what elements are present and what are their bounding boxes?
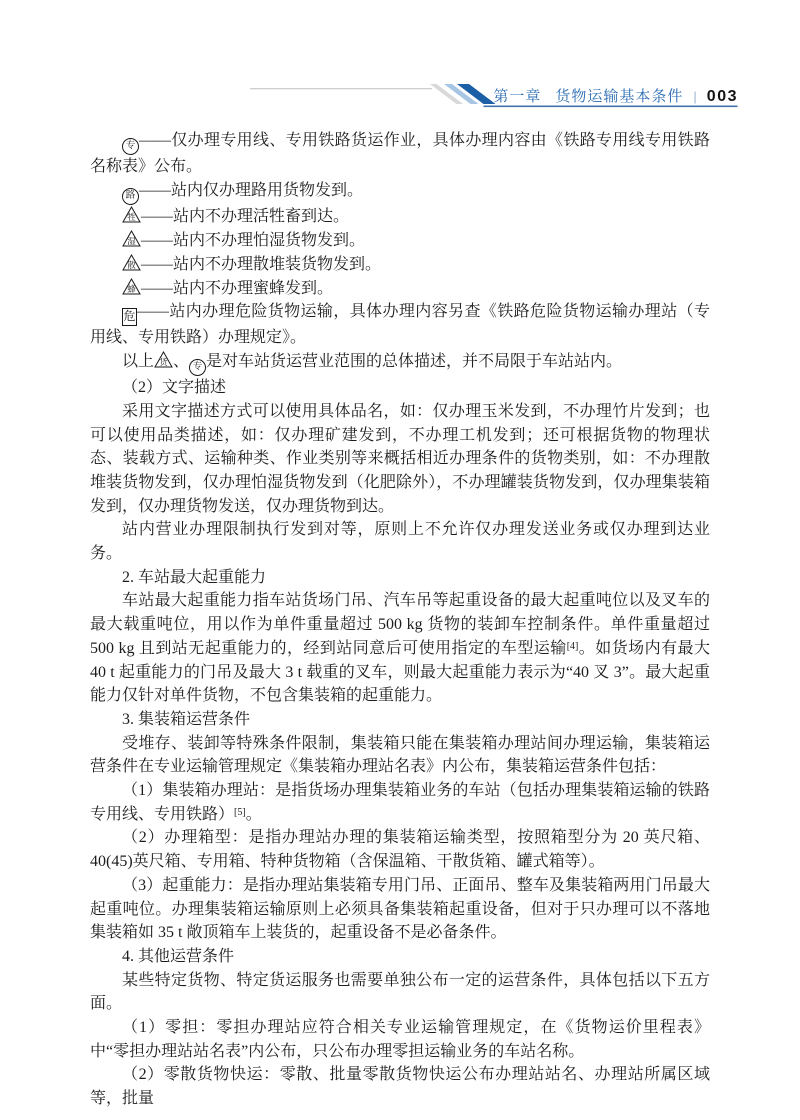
paragraph: 某些特定货物、特定货运服务也需要单独公布一定的运营条件，具体包括以下五方面。: [90, 969, 710, 1016]
page-header: 第一章 货物运输基本条件 | 003: [493, 85, 738, 103]
special-line-icon: 专: [189, 359, 206, 376]
header-separator: |: [693, 89, 696, 104]
dangerous-goods-icon: 危: [122, 308, 137, 326]
icon-char: 危: [123, 305, 135, 329]
legend-item: 专——仅办理专用线、专用铁路货运作业，具体办理内容由《铁路专用线专用铁路名称表》…: [90, 129, 710, 179]
paragraph: （2）零散货物快运：零散、批量零散货物快运公布办理站站名、办理站所属区域等，批量: [90, 1063, 710, 1110]
footnote-ref: [4]: [567, 641, 579, 652]
section-heading: 2. 车站最大起重能力: [90, 566, 710, 590]
legend-text: ——站内不办理散堆装货物发到。: [141, 256, 381, 273]
icon-char: 蜂: [127, 284, 136, 294]
paragraph: 受堆存、装卸等特殊条件限制，集装箱只能在集装箱办理站间办理运输，集装箱运营条件在…: [90, 732, 710, 779]
footnote-ref: [5]: [234, 807, 246, 818]
legend-text: ——仅办理专用线、专用铁路货运作业，具体办理内容由《铁路专用线专用铁路名称表》公…: [90, 132, 710, 175]
legend-text: ——站内不办理怕湿货物发到。: [141, 232, 365, 249]
icon-char: 散: [127, 260, 136, 270]
subsection-heading: （2）文字描述: [90, 376, 710, 400]
special-line-icon: 专: [122, 138, 139, 155]
page-number: 003: [707, 88, 738, 106]
livestock-icon: 牲: [122, 206, 141, 223]
icon-char: 湿: [127, 236, 136, 246]
icon-char: 专: [126, 135, 136, 159]
moisture-sensitive-icon: 湿: [122, 230, 141, 247]
legend-text: ——站内不办理蜜蜂发到。: [141, 280, 333, 297]
paragraph-text: 。: [246, 806, 262, 823]
legend-text: ——站内不办理活牲畜到达。: [141, 208, 349, 225]
legend-item: 牲——站内不办理活牲畜到达。: [90, 205, 710, 229]
legend-item: 蜂——站内不办理蜜蜂发到。: [90, 277, 710, 301]
legend-text: ——站内仅办理路用货物发到。: [139, 182, 363, 199]
paragraph: （1）集装箱办理站：是指货场办理集装箱业务的车站（包括办理集装箱运输的铁路专用线…: [90, 779, 710, 826]
legend-text: ——站内办理危险货物运输，具体办理内容另查《铁路危险货物运输办理站（专用线、专用…: [90, 303, 710, 346]
paragraph: （1）零担：零担办理站应符合相关专业运输管理规定，在《货物运价里程表》中“零担办…: [90, 1016, 710, 1063]
legend-item: 湿——站内不办理怕湿货物发到。: [90, 229, 710, 253]
paragraph: 采用文字描述方式可以使用具体品名，如：仅办理玉米发到，不办理竹片发到；也可以使用…: [90, 400, 710, 519]
bulk-cargo-icon: 散: [122, 254, 141, 271]
summary-text: 是对车站货运营业范围的总体描述，并不局限于车站站内。: [206, 353, 622, 370]
legend-item: 路——站内仅办理路用货物发到。: [90, 179, 710, 205]
legend-item: 散——站内不办理散堆装货物发到。: [90, 253, 710, 277]
paragraph: （2）办理箱型：是指办理站办理的集装箱运输类型，按照箱型分为 20 英尺箱、40…: [90, 826, 710, 873]
icon-char: 牲: [127, 212, 136, 222]
railway-use-icon: 路: [122, 188, 139, 205]
paragraph-text: （1）集装箱办理站：是指货场办理集装箱业务的车站（包括办理集装箱运输的铁路专用线…: [90, 782, 710, 823]
summary-separator: 、: [173, 353, 189, 370]
legend-item: 危——站内办理危险货物运输，具体办理内容另查《铁路危险货物运输办理站（专用线、专…: [90, 300, 710, 350]
chapter-label: 第一章: [493, 85, 541, 106]
header-gray-rule: [250, 88, 432, 89]
bee-icon: 蜂: [122, 278, 141, 295]
summary-prefix: 以上: [122, 353, 154, 370]
paragraph: （3）起重能力：是指办理站集装箱专用门吊、正面吊、整车及集装箱两用门吊最大起重吨…: [90, 874, 710, 945]
freight-icon: 货: [154, 351, 173, 368]
section-heading: 4. 其他运营条件: [90, 945, 710, 969]
page-body: 专——仅办理专用线、专用铁路货运作业，具体办理内容由《铁路专用线专用铁路名称表》…: [90, 129, 710, 1111]
paragraph: 站内营业办理限制执行发到对等，原则上不允许仅办理发送业务或仅办理到达业务。: [90, 518, 710, 565]
chapter-title: 货物运输基本条件: [555, 85, 683, 106]
section-heading: 3. 集装箱运营条件: [90, 708, 710, 732]
book-page: 第一章 货物运输基本条件 | 003 专——仅办理专用线、专用铁路货运作业，具体…: [0, 0, 800, 1120]
icon-char: 货: [159, 357, 168, 367]
paragraph: 车站最大起重能力指车站货场门吊、汽车吊等起重设备的最大起重吨位以及叉车的最大载重…: [90, 589, 710, 708]
legend-summary: 以上货、专是对车站货运营业范围的总体描述，并不局限于车站站内。: [90, 350, 710, 376]
